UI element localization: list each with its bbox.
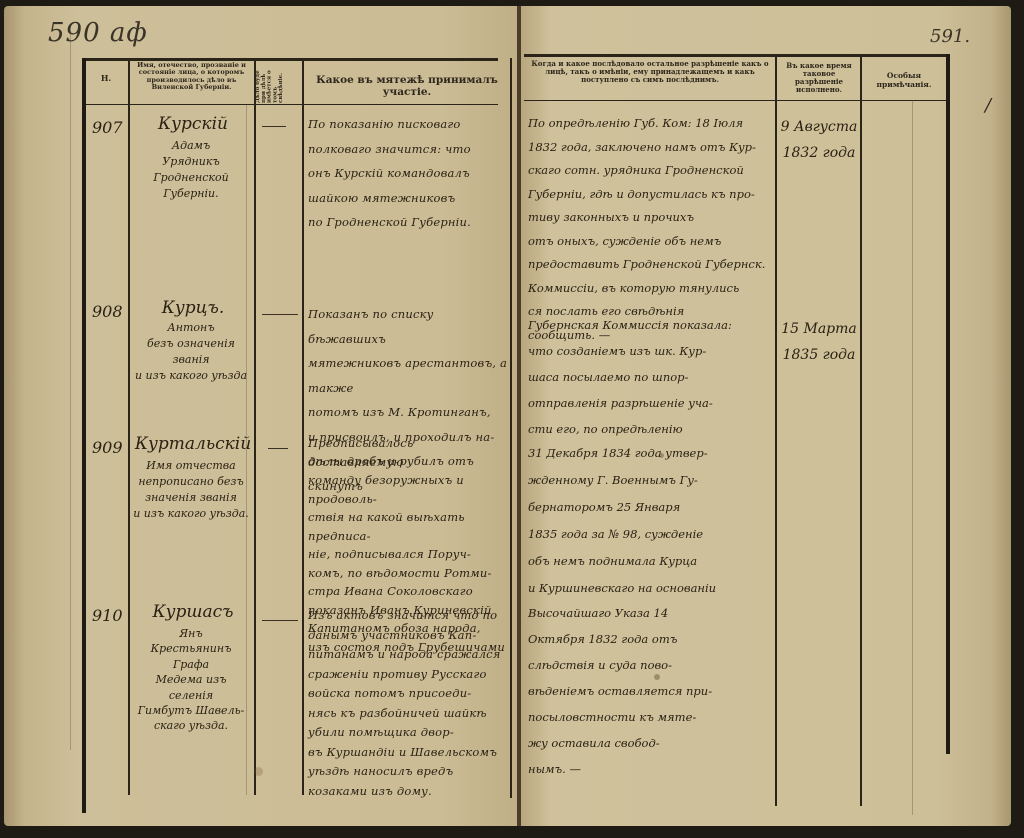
entry-resolution: 31 Декабря 1834 года утвер-жденному Г. В… [528, 440, 774, 602]
entry-details: Имя отчестванепрописано безъзначенія зва… [132, 458, 250, 522]
entry-resolution: Высочайшаго Указа 14Октября 1832 года от… [528, 600, 774, 782]
col-divider-participation [510, 58, 512, 798]
col-divider-executed [860, 56, 862, 806]
header-case-vertical: Дѣло буде при дѣлѣ имѣется о томъ свѣдѣн… [256, 61, 300, 103]
outer-border-right [946, 54, 950, 754]
entry-number: 907 [92, 118, 123, 137]
entry-surname: Куртальскій [134, 434, 252, 454]
header-bottom-rule-left [86, 104, 498, 105]
case-dash [262, 314, 298, 315]
header-bottom-rule-right [524, 100, 948, 101]
outer-border-left [82, 58, 86, 813]
entry-surname: Куршасъ [138, 602, 248, 622]
ghost-rule-right [912, 100, 913, 815]
header-resolution: Когда и какое послѣдовало остальное разр… [526, 60, 774, 84]
entry-surname: Курцъ. [138, 298, 248, 318]
header-participation: Какое въ мятежѣ принималъ участіе. [304, 74, 510, 98]
entry-surname: Курскій [138, 114, 248, 134]
paper-stain [254, 767, 263, 776]
top-rule-right [524, 54, 948, 57]
entry-number: 909 [92, 438, 123, 457]
ink-blot [659, 453, 664, 458]
entry-number: 908 [92, 302, 123, 321]
case-dash [268, 448, 288, 449]
case-dash [262, 620, 298, 621]
col-divider-case [302, 60, 304, 795]
folio-number-right: 591. [930, 26, 970, 47]
entry-participation: Изъ актовъ значится что поданымъ участни… [308, 606, 508, 801]
entry-executed-date: 15 Марта1835 года [778, 316, 860, 368]
entry-number: 910 [92, 606, 123, 625]
entry-details: Антонъбезъ означенія званіяи изъ какого … [132, 320, 250, 384]
col-divider-name [254, 60, 256, 795]
margin-mark: / [985, 95, 991, 116]
header-number: Н. [84, 74, 128, 83]
header-executed: Въ какое время таковое разрѣшеніе исполн… [778, 62, 860, 94]
entry-resolution: Губернская Коммиссія показала:что создан… [528, 312, 774, 442]
entry-details: ЯнъКрестьянинъ ГрафаМедема изъ селеніяГи… [132, 626, 250, 734]
header-name: Имя, отечество, прозваніе и состояніе ли… [130, 62, 253, 92]
col-divider-resolution [775, 56, 777, 806]
entry-details: АдамъУрядникъ Гродненской Губерніи. [132, 138, 250, 202]
ghost-rule [70, 30, 71, 750]
case-dash [262, 126, 286, 127]
folio-number-left: 590 аф [48, 18, 148, 48]
entry-participation: По показанію писковагополковаго значится… [308, 112, 508, 235]
entry-executed-date: 9 Августа1832 года [778, 114, 860, 166]
col-divider-number [128, 60, 130, 795]
header-remarks: Особыя примѣчанія. [862, 72, 946, 89]
ink-blot [654, 674, 660, 680]
open-ledger-book: 590 аф 591. / Н. Имя, отечество, прозван… [0, 0, 1024, 838]
